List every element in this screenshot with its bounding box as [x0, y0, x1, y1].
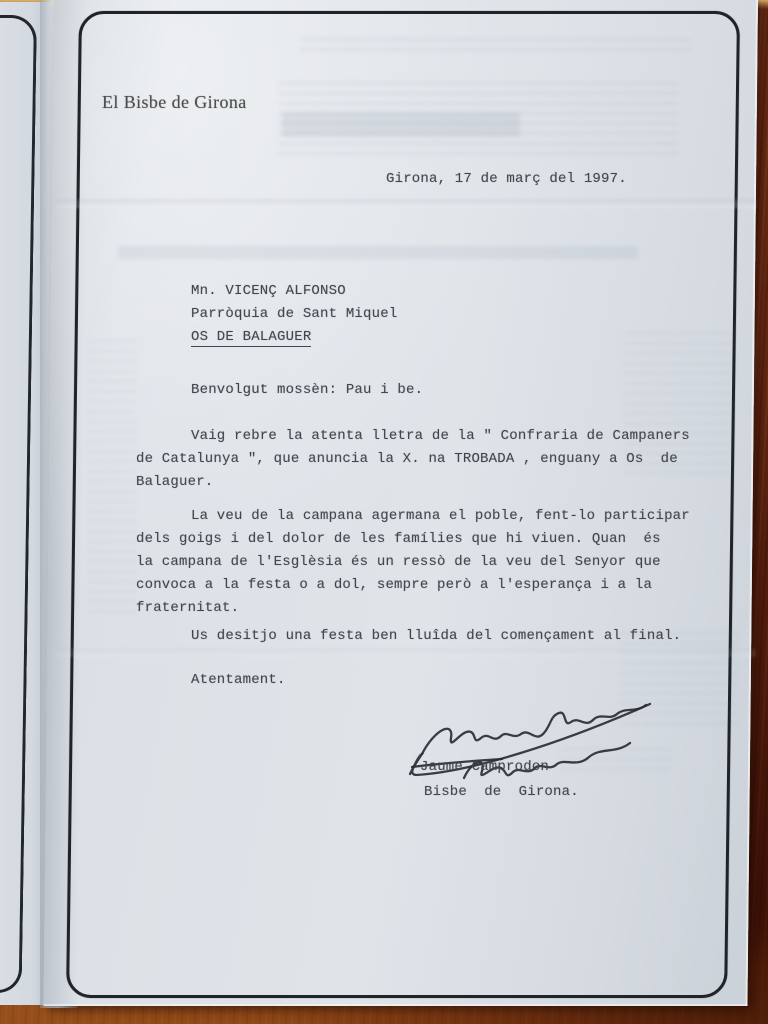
ghost-text — [282, 112, 520, 137]
closing: Atentament. — [191, 672, 286, 688]
typed-name: Jaume Camprodon — [420, 759, 549, 775]
letterhead-text: El Bisbe de Girona — [102, 92, 247, 113]
recipient-parish: Parròquia de Sant Miquel — [191, 306, 397, 322]
paper-crease — [56, 199, 756, 208]
paragraph-line: la campana de l'Esglèsia és un ressò de … — [136, 554, 661, 570]
photo-of-letter: El Bisbe de Girona Girona, 17 de març de… — [0, 0, 768, 1024]
paragraph-line: La veu de la campana agermana el poble, … — [191, 508, 690, 524]
paragraph-line: Us desitjo una festa ben lluîda del come… — [191, 628, 681, 644]
page-border-frame — [66, 11, 740, 998]
salutation: Benvolgut mossèn: Pau i be. — [191, 382, 423, 398]
date-line: Girona, 17 de març del 1997. — [386, 171, 627, 187]
paragraph-line: fraternitat. — [136, 600, 239, 616]
left-page-frame — [0, 15, 37, 993]
ghost-text — [88, 340, 136, 620]
paragraph-line: Balaguer. — [136, 474, 213, 490]
recipient-name: Mn. VICENÇ ALFONSO — [191, 283, 346, 299]
ghost-text — [300, 38, 690, 51]
typed-title: Bisbe de Girona. — [424, 784, 579, 800]
recipient-town: OS DE BALAGUER — [191, 329, 311, 347]
ghost-text — [118, 246, 638, 259]
paragraph-line: convoca a la festa o a dol, sempre però … — [136, 577, 652, 593]
paragraph-line: de Catalunya ", que anuncia la X. na TRO… — [136, 451, 678, 467]
paragraph-line: Vaig rebre la atenta lletra de la " Conf… — [191, 428, 690, 444]
paragraph-line: dels goigs i del dolor de les famílies q… — [136, 531, 661, 547]
